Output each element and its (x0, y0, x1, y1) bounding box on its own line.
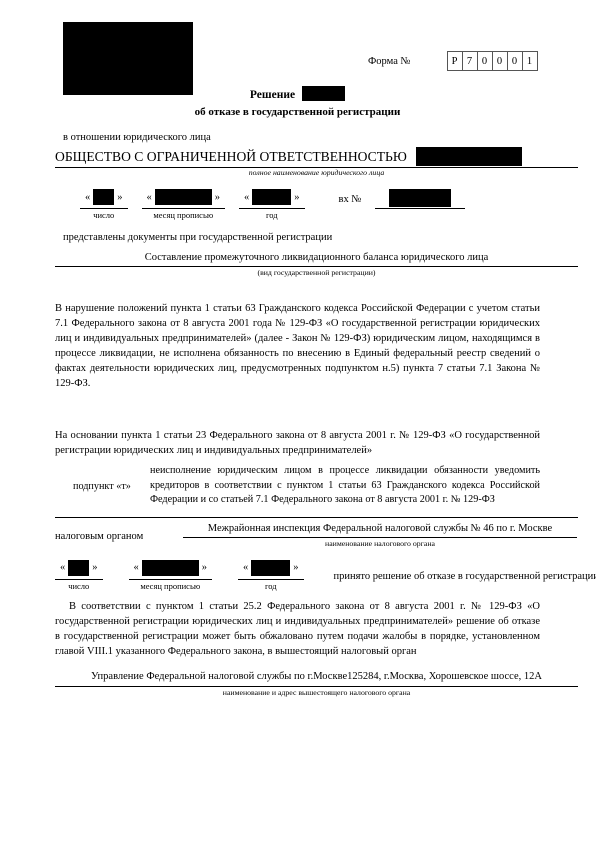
incoming-number-field: вх № (339, 189, 466, 209)
superior-authority-caption: наименование и адрес вышестоящего налого… (55, 688, 578, 698)
close-quote: » (92, 560, 97, 575)
date-field-year-label: год (239, 209, 305, 221)
subclause-row: подпункт «т» неисполнение юридическим ли… (55, 464, 540, 508)
redacted-month (155, 189, 212, 205)
redacted-header-block (63, 22, 193, 95)
subclause-label: подпункт «т» (55, 464, 150, 508)
form-code-cell: 0 (492, 52, 507, 70)
appeal-paragraph: В соответствии с пунктом 1 статьи 25.2 Ф… (55, 599, 540, 659)
redacted-day (93, 189, 114, 205)
close-quote: » (215, 190, 220, 205)
date-field-year-value: «» (239, 189, 305, 209)
form-number-row: Форма № Р 7 0 0 0 1 (368, 51, 538, 71)
open-quote: « (85, 190, 90, 205)
date-field-month: «» месяц прописью (129, 560, 213, 592)
tax-authority-caption: наименование налогового органа (183, 539, 577, 549)
incoming-number-value (375, 189, 465, 209)
tax-authority-label: налоговым органом (55, 521, 183, 549)
form-code-cell: 1 (522, 52, 537, 70)
date-field-month: «» месяц прописью (142, 189, 226, 221)
date-field-month-value: «» (129, 560, 213, 580)
company-name-line: ОБЩЕСТВО С ОГРАНИЧЕННОЙ ОТВЕТСТВЕННОСТЬЮ (55, 147, 578, 168)
registration-type-caption: (вид государственной регистрации) (55, 268, 578, 278)
registration-type-block: Составление промежуточного ликвидационно… (55, 250, 578, 278)
date-field-day: «» число (55, 560, 103, 592)
subclause-text: неисполнение юридическим лицом в процесс… (150, 464, 540, 508)
date-field-month-value: «» (142, 189, 226, 209)
form-number-label: Форма № (368, 54, 411, 69)
company-name-caption: полное наименование юридического лица (55, 168, 578, 178)
form-code-cell: 7 (462, 52, 477, 70)
tax-authority-name: Межрайонная инспекция Федеральной налого… (183, 521, 577, 538)
date-field-day-label: число (55, 580, 103, 592)
date-field-day: «» число (80, 189, 128, 221)
redacted-company-name (416, 147, 522, 166)
close-quote: » (293, 560, 298, 575)
incoming-number-label: вх № (339, 192, 362, 209)
company-name: ОБЩЕСТВО С ОГРАНИЧЕННОЙ ОТВЕТСТВЕННОСТЬЮ (55, 148, 407, 166)
date-field-month-label: месяц прописью (129, 580, 213, 592)
decision-made-text: принято решение об отказе в государствен… (334, 560, 596, 584)
form-code-cell: 0 (477, 52, 492, 70)
form-code-grid: Р 7 0 0 0 1 (447, 51, 538, 71)
close-quote: » (117, 190, 122, 205)
redacted-year (252, 189, 291, 205)
close-quote: » (202, 560, 207, 575)
open-quote: « (134, 560, 139, 575)
date-field-year-value: «» (238, 560, 304, 580)
date-field-year: «» год (238, 560, 304, 592)
document-page: Форма № Р 7 0 0 0 1 Решение об отказе в … (0, 0, 596, 842)
close-quote: » (294, 190, 299, 205)
date-field-year: «» год (239, 189, 305, 221)
title-word: Решение (250, 89, 295, 101)
open-quote: « (60, 560, 65, 575)
decision-date-row: «» число «» месяц прописью «» год принят… (55, 560, 540, 592)
registration-type-value: Составление промежуточного ликвидационно… (55, 250, 578, 267)
form-code-cell: 0 (507, 52, 522, 70)
tax-authority-row: налоговым органом Межрайонная инспекция … (55, 521, 540, 549)
redacted-year (251, 560, 290, 576)
date-field-day-value: «» (55, 560, 103, 580)
open-quote: « (243, 560, 248, 575)
superior-authority-block: Управление Федеральной налоговой службы … (55, 669, 578, 698)
submission-date-row: «» число «» месяц прописью «» год вх № (55, 189, 540, 221)
violation-paragraph: В нарушение положений пункта 1 статьи 63… (55, 301, 540, 391)
date-field-year-label: год (238, 580, 304, 592)
open-quote: « (244, 190, 249, 205)
superior-authority-name: Управление Федеральной налоговой службы … (55, 669, 578, 687)
redacted-incoming-number (389, 189, 451, 207)
title-subtitle: об отказе в государственной регистрации (55, 105, 540, 120)
open-quote: « (147, 190, 152, 205)
horizontal-rule (55, 517, 578, 518)
tax-authority-field: Межрайонная инспекция Федеральной налого… (183, 521, 577, 549)
date-field-day-label: число (80, 209, 128, 221)
basis-paragraph: На основании пункта 1 статьи 23 Федераль… (55, 428, 540, 458)
date-field-month-label: месяц прописью (142, 209, 226, 221)
submitted-documents-line: представлены документы при государственн… (55, 230, 540, 245)
redacted-month (142, 560, 199, 576)
subject-intro: в отношении юридического лица (55, 130, 540, 145)
form-code-cell: Р (448, 52, 462, 70)
redacted-day (68, 560, 89, 576)
redacted-decision-number (302, 86, 345, 101)
date-field-day-value: «» (80, 189, 128, 209)
